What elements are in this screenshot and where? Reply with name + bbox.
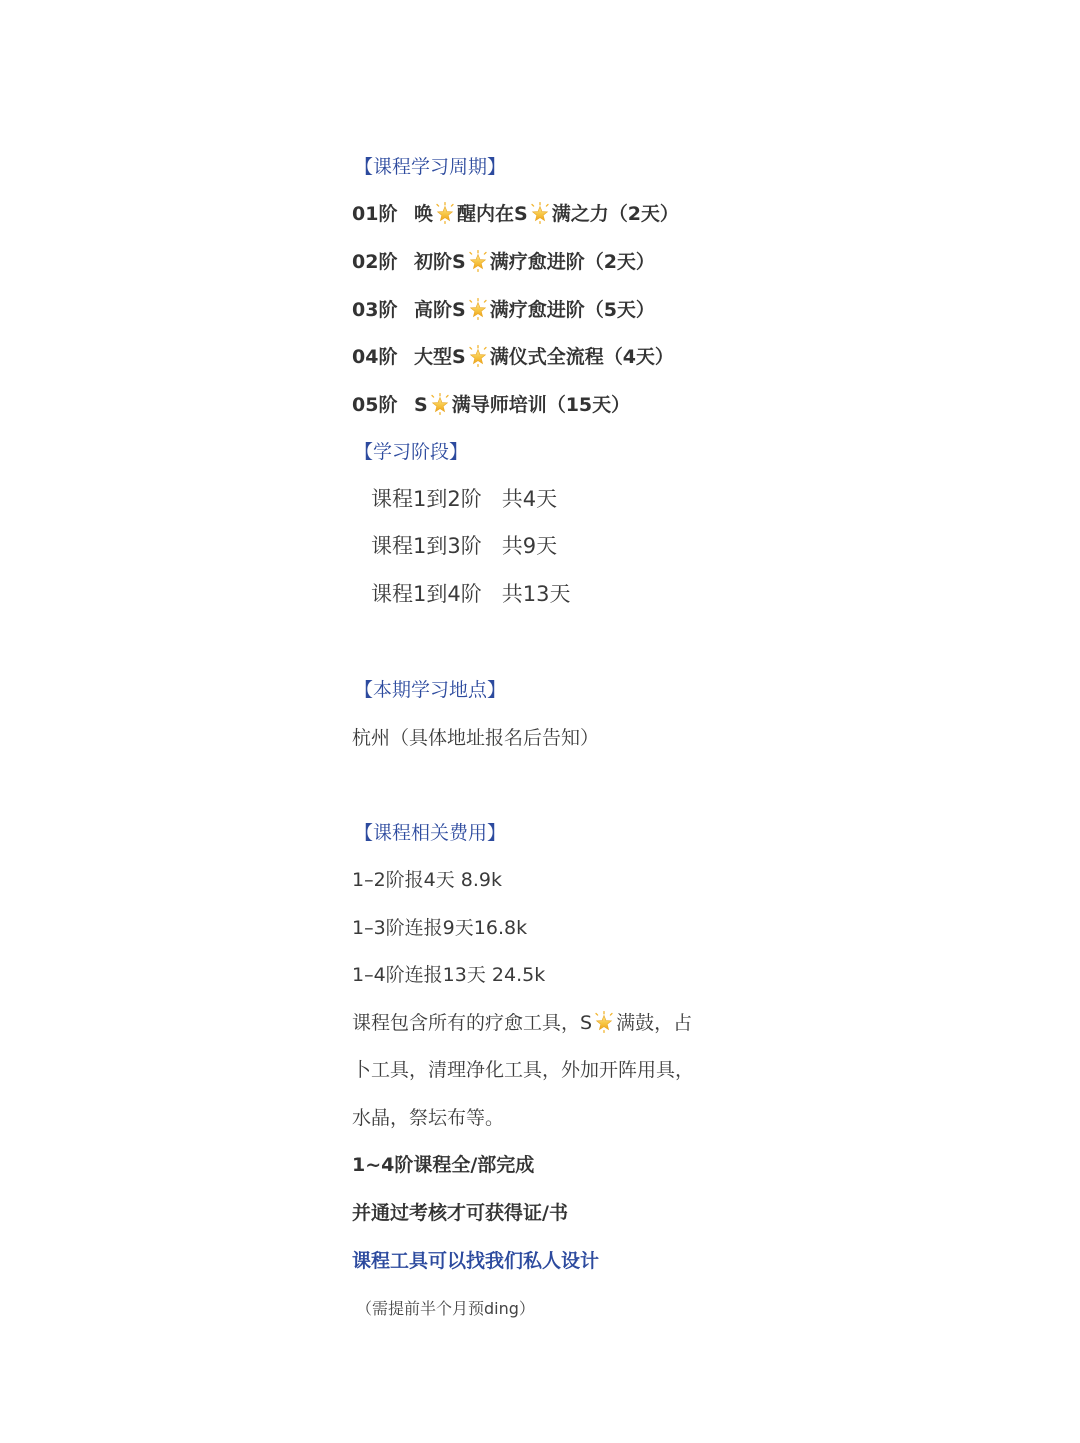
location-text: 杭州（具体地址报名后告知） <box>352 723 599 753</box>
schedule-text: 唤 <box>414 203 433 225</box>
schedule-item-04: 04阶大型S满仪式全流程（4天） <box>352 342 674 372</box>
stage-number: 04阶 <box>352 342 414 372</box>
certificate-line: 1~4阶课程全/部完成 <box>352 1150 534 1180</box>
stage-total: 共13天 <box>502 582 571 606</box>
glowing-star-icon <box>429 393 451 415</box>
glowing-star-icon <box>467 250 489 272</box>
schedule-text: 大型S <box>414 346 466 368</box>
stages-heading: 【学习阶段】 <box>354 437 468 467</box>
schedule-item-01: 01阶唤醒内在S满之力（2天） <box>352 199 679 229</box>
glowing-star-icon <box>593 1011 615 1033</box>
booking-note: （需提前半个月预ding） <box>356 1294 535 1324</box>
certificate-line: 并通过考核才可获得证/书 <box>352 1198 568 1228</box>
fees-heading: 【课程相关费用】 <box>354 818 506 848</box>
schedule-text: 醒内在S <box>457 203 528 225</box>
stage-item: 课程1到3阶共9天 <box>371 531 557 561</box>
schedule-text: 满仪式全流程（4天） <box>490 346 674 368</box>
stage-total: 共9天 <box>502 534 557 558</box>
includes-line: 卜工具，清理净化工具，外加开阵用具， <box>352 1055 694 1085</box>
schedule-item-05: 05阶S满导师培训（15天） <box>352 390 630 420</box>
schedule-text: 初阶S <box>414 251 466 273</box>
stage-label: 课程1到4阶 <box>371 582 482 606</box>
fee-item: 1–3阶连报9天16.8k <box>352 913 527 943</box>
stage-number: 03阶 <box>352 295 414 325</box>
includes-line: 水晶，祭坛布等。 <box>352 1103 504 1133</box>
location-heading: 【本期学习地点】 <box>354 675 506 705</box>
glowing-star-icon <box>434 202 456 224</box>
glowing-star-icon <box>529 202 551 224</box>
schedule-item-02: 02阶初阶S满疗愈进阶（2天） <box>352 247 655 277</box>
stage-label: 课程1到2阶 <box>371 487 482 511</box>
stage-number: 01阶 <box>352 199 414 229</box>
glowing-star-icon <box>467 298 489 320</box>
schedule-text: 满疗愈进阶（2天） <box>490 251 655 273</box>
includes-line: 课程包含所有的疗愈工具，S满鼓，占 <box>352 1008 692 1038</box>
schedule-item-03: 03阶高阶S满疗愈进阶（5天） <box>352 295 655 325</box>
stage-item: 课程1到4阶共13天 <box>371 579 570 609</box>
fee-item: 1–4阶连报13天 24.5k <box>352 960 545 990</box>
stage-number: 02阶 <box>352 247 414 277</box>
schedule-heading: 【课程学习周期】 <box>354 152 506 182</box>
glowing-star-icon <box>467 345 489 367</box>
stage-item: 课程1到2阶共4天 <box>371 484 557 514</box>
stage-number: 05阶 <box>352 390 414 420</box>
schedule-text: 高阶S <box>414 299 466 321</box>
schedule-text: 满之力（2天） <box>552 203 679 225</box>
schedule-text: 满疗愈进阶（5天） <box>490 299 655 321</box>
custom-design-text: 课程工具可以找我们私人设计 <box>352 1246 599 1276</box>
stage-total: 共4天 <box>502 487 557 511</box>
includes-text: 满鼓，占 <box>616 1012 692 1034</box>
schedule-text: 满导师培训（15天） <box>452 394 630 416</box>
includes-text: 课程包含所有的疗愈工具，S <box>352 1012 592 1034</box>
fee-item: 1–2阶报4天 8.9k <box>352 865 502 895</box>
stage-label: 课程1到3阶 <box>371 534 482 558</box>
schedule-text: S <box>414 394 428 416</box>
